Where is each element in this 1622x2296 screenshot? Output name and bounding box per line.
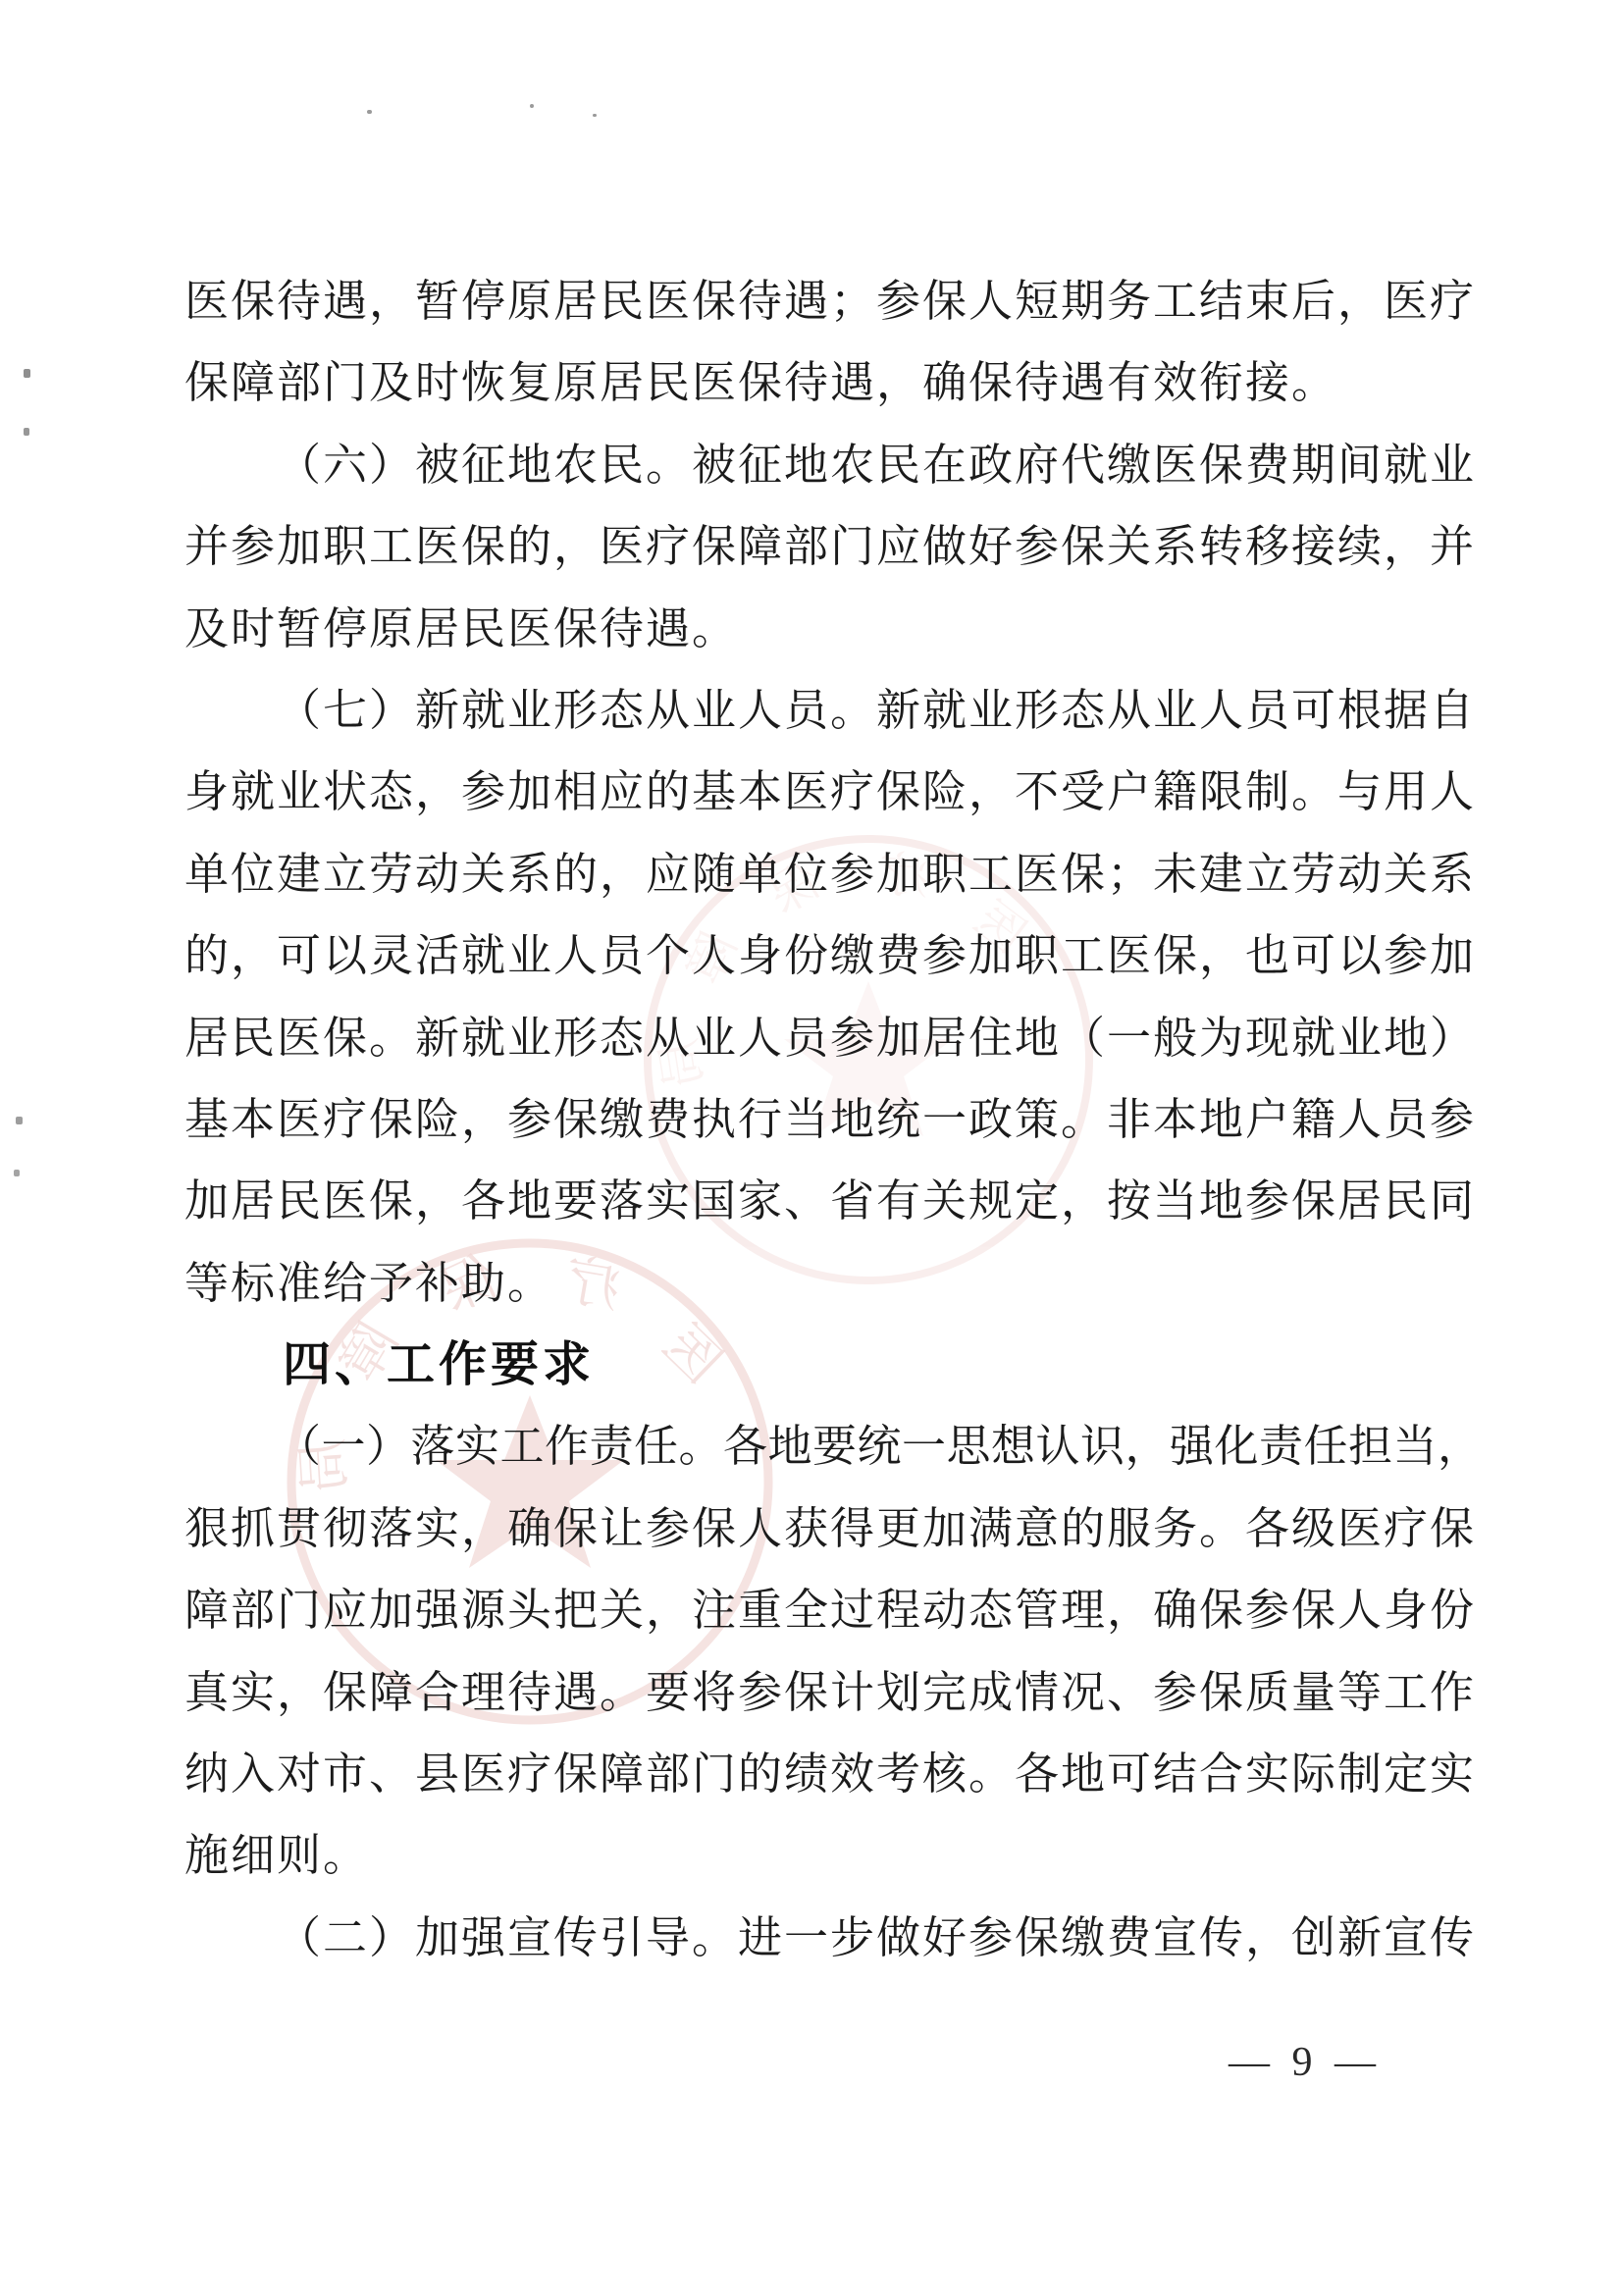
- paragraph-line: 施细则。: [184, 1815, 1480, 1897]
- scan-speck: [24, 428, 29, 436]
- scan-speck: [530, 104, 534, 108]
- paragraph-line: 加居民医保，各地要落实国家、省有关规定，按当地参保居民同: [184, 1161, 1480, 1242]
- paragraph-line: 保障部门及时恢复原居民医保待遇，确保待遇有效衔接。: [184, 342, 1480, 424]
- scan-speck: [367, 110, 372, 114]
- section-heading: 四、工作要求: [184, 1325, 1480, 1406]
- scan-speck: [14, 1170, 20, 1176]
- paragraph-line: 等标准给予补助。: [184, 1243, 1480, 1325]
- paragraph-line: 居民医保。新就业形态从业人员参加居住地（一般为现就业地）: [184, 998, 1480, 1079]
- paragraph-line: 狠抓贯彻落实，确保让参保人获得更加满意的服务。各级医疗保: [184, 1488, 1480, 1570]
- document-body: 医保待遇，暂停原居民医保待遇；参保人短期务工结束后，医疗 保障部门及时恢复原居民…: [184, 261, 1480, 1979]
- page-number: — 9 —: [1177, 2033, 1433, 2092]
- scan-speck: [999, 1703, 1003, 1707]
- scan-speck: [16, 1117, 23, 1124]
- paragraph-line: 单位建立劳动关系的，应随单位参加职工医保；未建立劳动关系: [184, 834, 1480, 915]
- scan-speck: [24, 369, 30, 378]
- paragraph-line: 纳入对市、县医疗保障部门的绩效考核。各地可结合实际制定实: [184, 1734, 1480, 1815]
- paragraph-line: 的，可以灵活就业人员个人身份缴费参加职工医保，也可以参加: [184, 915, 1480, 997]
- paragraph-line: （六）被征地农民。被征地农民在政府代缴医保费期间就业: [184, 425, 1480, 506]
- paragraph-line: （一）落实工作责任。各地要统一思想认识，强化责任担当，: [184, 1406, 1480, 1487]
- paragraph-line: （二）加强宣传引导。进一步做好参保缴费宣传，创新宣传: [184, 1898, 1480, 1979]
- paragraph-line: 并参加职工医保的，医疗保障部门应做好参保关系转移接续，并: [184, 506, 1480, 588]
- paragraph-line: 障部门应加强源头把关，注重全过程动态管理，确保参保人身份: [184, 1570, 1480, 1651]
- paragraph-line: 真实，保障合理待遇。要将参保计划完成情况、参保质量等工作: [184, 1652, 1480, 1734]
- scan-speck: [593, 114, 597, 117]
- paragraph-line: （七）新就业形态从业人员。新就业形态从业人员可根据自: [184, 670, 1480, 752]
- paragraph-line: 及时暂停原居民医保待遇。: [184, 589, 1480, 670]
- paragraph-line: 身就业状态，参加相应的基本医疗保险，不受户籍限制。与用人: [184, 752, 1480, 833]
- paragraph-line: 基本医疗保险，参保缴费执行当地统一政策。非本地户籍人员参: [184, 1079, 1480, 1161]
- document-page: 医疗保障局 医疗保障局 医保待遇，暂停原居民医保待遇；参保人短期务工结束后，医疗…: [0, 0, 1622, 2296]
- paragraph-line: 医保待遇，暂停原居民医保待遇；参保人短期务工结束后，医疗: [184, 261, 1480, 342]
